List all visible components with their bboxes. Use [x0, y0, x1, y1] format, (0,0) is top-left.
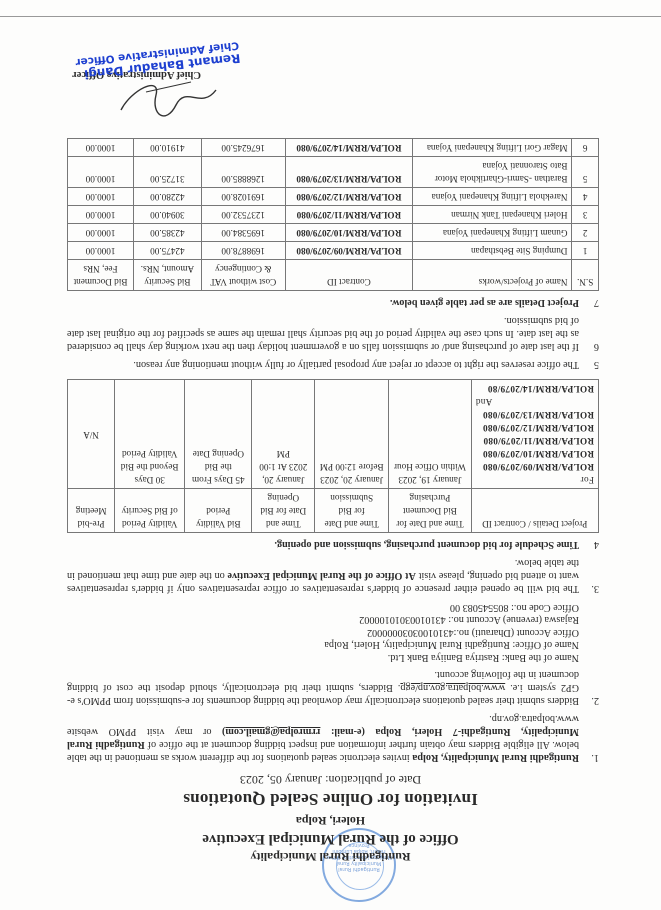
- contract-id: ROLPA/RRM/11/2079/080: [476, 435, 594, 448]
- col-header: Project Details / Contract ID: [471, 489, 598, 533]
- prebid-cell: N/A: [68, 380, 115, 489]
- clause-number: 7: [579, 297, 599, 310]
- clause-7: 7 Project Details are as per table given…: [67, 297, 599, 310]
- contract-id: ROLPA/RRM/09/2079/080: [476, 461, 594, 474]
- bid-fee-cell: 1000.00: [68, 139, 134, 157]
- office-location: Holeri, Rolpa: [0, 813, 661, 828]
- bid-security-cell: 41910.00: [134, 139, 202, 157]
- clause-text: The office reserves the right to accept …: [67, 359, 579, 372]
- clause-1: 1. Runtigadhi Rural Municipality, Rolpa …: [67, 712, 599, 764]
- cost-cell: 1676245.00: [201, 139, 285, 157]
- for-label: For: [476, 474, 594, 487]
- clause-number: 1.: [579, 712, 599, 764]
- purchasing-cell: January 19, 2023 Within Office Hour: [389, 380, 471, 489]
- bank-account-details: Name of the Bank: Rastriya Baniiya Bank …: [67, 601, 579, 664]
- project-name-cell: Narekhola Lifting Khanepani Yojana: [413, 188, 572, 206]
- contract-id-cell: ROLPA/RRM/10/2079/080: [285, 224, 412, 242]
- clause-number: 3.: [579, 557, 599, 596]
- validity-cell: 45 Days From the Bid Opening Date: [185, 380, 252, 489]
- col-header: Bid Document Fee, NRs: [68, 260, 134, 291]
- col-header: Pre-bid Meeting: [68, 489, 115, 533]
- contract-id: ROLPA/RRM/13/2079/080: [476, 409, 594, 422]
- schedule-heading: Time Schedule for bid document purchasin…: [274, 540, 579, 551]
- email-link[interactable]: rrmrolpa@gmail.com: [225, 726, 320, 737]
- project-details-table: S.N. Name of Projects/works Contract ID …: [67, 139, 599, 292]
- paren: ): [222, 726, 225, 737]
- col-header: Name of Projects/works: [413, 260, 572, 291]
- col-header: Time and Date for Bid Opening: [252, 489, 315, 533]
- egp-link[interactable]: www.bolpatra.gov.np/egp: [400, 682, 505, 693]
- publication-date: Date of publication: January 05, 2023: [0, 772, 661, 787]
- col-header: Time and Date for Bid Document Purchasin…: [389, 489, 471, 533]
- clause-5: 5 The office reserves the right to accep…: [67, 359, 599, 372]
- clause-3: 3. The bid will be opened either presenc…: [67, 557, 599, 596]
- office-name: Office of the Rural Municipal Executive: [0, 830, 661, 847]
- bid-security-cell: 31725.00: [134, 157, 202, 188]
- signature-block: Chief Administrative Officer Remant Baha…: [41, 39, 241, 120]
- submission-cell: January 20, 2023 Before 12:00 PM: [315, 380, 389, 489]
- serial-number-cell: 2: [572, 224, 599, 242]
- serial-number-cell: 6: [572, 139, 599, 157]
- clause-2: 2. Bidders submit their sealed quotation…: [67, 668, 599, 707]
- contract-id-cell: ROLPA/RRM/12/2079/080: [285, 188, 412, 206]
- security-validity-cell: 30 Days Beyond the Bid Validity Period: [115, 380, 185, 489]
- table-row: 1Dumping Site BebsthapanROLPA/RRM/09/207…: [68, 242, 599, 260]
- bid-fee-cell: 1000.00: [68, 242, 134, 260]
- table-row: 4Narekhola Lifting Khanepani YojanaROLPA…: [68, 188, 599, 206]
- notice-title: Invitation for Online Sealed Quotations: [0, 789, 661, 809]
- col-header: Contract ID: [285, 260, 412, 291]
- notice-header: Runtigadhi Rural Municipality Office of …: [0, 772, 661, 864]
- cost-cell: 1691028.00: [201, 188, 285, 206]
- cost-cell: 1237532.00: [201, 206, 285, 224]
- cost-cell: 1698878.00: [201, 242, 285, 260]
- notice-body: 1. Runtigadhi Rural Municipality, Rolpa …: [67, 139, 599, 765]
- opening-cell: January 20, 2023 At 1:00 PM: [252, 380, 315, 489]
- table-row: 2Gunam Lifting Khanepani YojanaROLPA/RRM…: [68, 224, 599, 242]
- serial-number-cell: 3: [572, 206, 599, 224]
- project-name-cell: Barathan -Samri-Ghartikhola Motor Bato S…: [413, 157, 572, 188]
- bid-security-cell: 30940.00: [134, 206, 202, 224]
- col-header: Bid Validity Period: [185, 489, 252, 533]
- project-name-cell: Dumping Site Bebsthapan: [413, 242, 572, 260]
- contract-id: ROLPA/RRM/14/2079/80: [476, 383, 594, 396]
- clause-number: 2.: [579, 668, 599, 707]
- bid-fee-cell: 1000.00: [68, 157, 134, 188]
- office-name-line: Name of Office: Runtigadhi Rural Municip…: [67, 638, 579, 651]
- cost-cell: 1695384.00: [201, 224, 285, 242]
- serial-number-cell: 4: [572, 188, 599, 206]
- bid-security-cell: 42280.00: [134, 188, 202, 206]
- time-schedule-table: Project Details / Contract ID Time and D…: [67, 380, 599, 534]
- col-header: Time and Date for Bid Submission: [315, 489, 389, 533]
- bid-fee-cell: 1000.00: [68, 206, 134, 224]
- signature-scrawl: [41, 80, 241, 120]
- clause-number: 4: [579, 539, 599, 552]
- bid-security-cell: 42475.00: [134, 242, 202, 260]
- serial-number-cell: 1: [572, 242, 599, 260]
- project-name-cell: Gunam Lifting Khanepani Yojana: [413, 224, 572, 242]
- contract-id-cell: ROLPA/RRM/09/2079/080: [285, 242, 412, 260]
- contract-id-cell: ROLPA/RRM/14/2079/080: [285, 139, 412, 157]
- clause-6: 6 If the last date of purchasing and/ or…: [67, 315, 599, 354]
- project-name-cell: Magar Gori Lifting Khanepani Yojana: [413, 139, 572, 157]
- table-row: 5Barathan -Samri-Ghartikhola Motor Bato …: [68, 157, 599, 188]
- revenue-account: Rajaswa (revenue) Account no.: 431010030…: [67, 613, 579, 626]
- and-label: And: [476, 396, 594, 409]
- bid-fee-cell: 1000.00: [68, 224, 134, 242]
- contract-id-cell: ROLPA/RRM/13/2079/080: [285, 157, 412, 188]
- office-code: Office Code no.: 805545083 00: [67, 601, 579, 614]
- col-header: Cost without VAT & Contingency: [201, 260, 285, 291]
- clause-number: 5: [579, 359, 599, 372]
- venue-bold: At Office of the Rural Municipal Executi…: [227, 571, 415, 582]
- bid-security-cell: 42385.00: [134, 224, 202, 242]
- col-header: Validity Period of Bid Security: [115, 489, 185, 533]
- municipality-name: Runtigadhi Rural Municipality: [0, 849, 661, 864]
- contract-id: ROLPA/RRM/12/2079/080: [476, 422, 594, 435]
- project-details-heading: Project Details are as per table given b…: [390, 298, 579, 309]
- table-row: 3Holeri Khanepani Tank NirmanROLPA/RRM/1…: [68, 206, 599, 224]
- col-header: S.N.: [572, 260, 599, 291]
- clause-text: If the last date of purchasing and/ or s…: [67, 315, 579, 354]
- contract-id-cell: ROLPA/RRM/11/2079/080: [285, 206, 412, 224]
- dharauti-account: Office Account (Dharauti) no.:4310100303…: [67, 626, 579, 639]
- clause-4: 4 Time Schedule for bid document purchas…: [67, 539, 599, 552]
- project-name-cell: Holeri Khanepani Tank Nirman: [413, 206, 572, 224]
- scanned-notice-page: Runtigadhi Rural Municipality Rural Muni…: [0, 0, 661, 910]
- contract-id: ROLPA/RRM/10/2079/080: [476, 448, 594, 461]
- scan-edge-line: [0, 16, 661, 17]
- bid-fee-cell: 1000.00: [68, 188, 134, 206]
- bank-name: Name of the Bank: Rastriya Baniiya Bank …: [67, 651, 579, 664]
- clause-number: 6: [579, 315, 599, 354]
- table-row: For ROLPA/RRM/09/2079/080 ROLPA/RRM/10/2…: [68, 380, 599, 489]
- serial-number-cell: 5: [572, 157, 599, 188]
- table-row: 6Magar Gori Lifting Khanepani YojanaROLP…: [68, 139, 599, 157]
- municipality-bold: Runtigadhi Rural Municipality, Rolpa: [412, 752, 579, 763]
- col-header: Bid Security Amount, NRs.: [134, 260, 202, 291]
- contract-ids-cell: For ROLPA/RRM/09/2079/080 ROLPA/RRM/10/2…: [471, 380, 598, 489]
- cost-cell: 1268885.00: [201, 157, 285, 188]
